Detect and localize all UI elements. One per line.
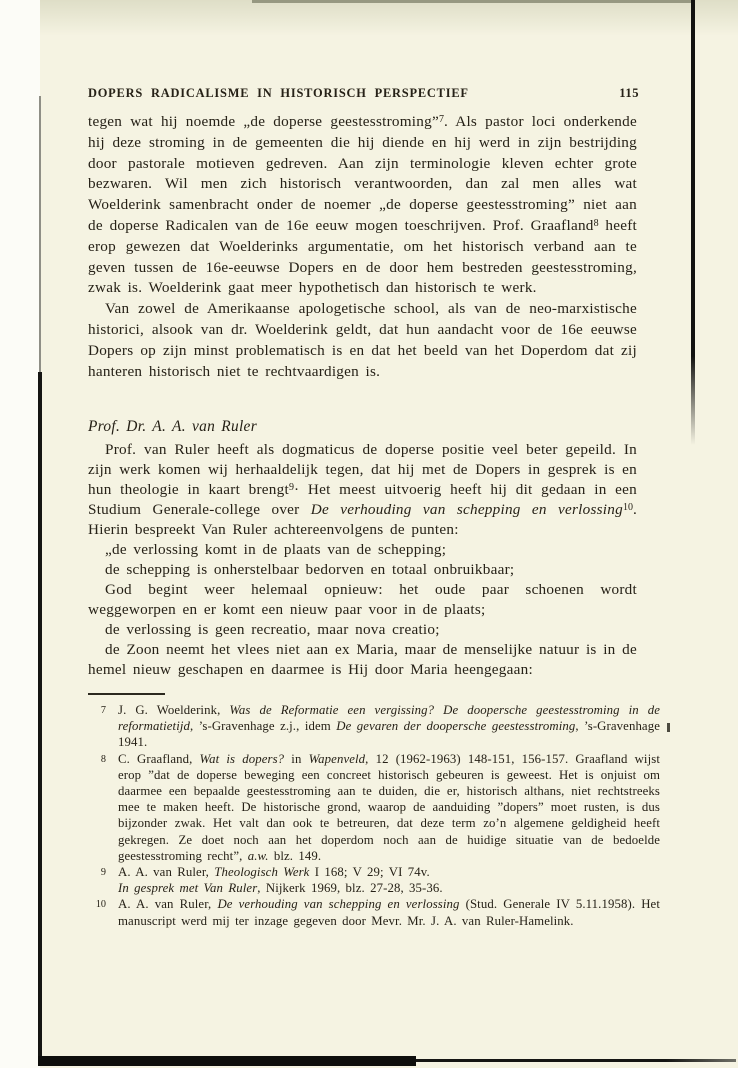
- footnote-number: 7: [88, 702, 106, 751]
- footnote-number: 10: [88, 896, 106, 928]
- scan-artifact-left-line-faint: [39, 96, 41, 376]
- footnote-item: 9A. A. van Ruler, Theologisch Werk I 168…: [88, 864, 660, 896]
- footnote-number: 8: [88, 751, 106, 864]
- scan-artifact-top-edge: [252, 0, 692, 3]
- footnote-separator-rule: [88, 693, 165, 695]
- paragraph: In gesprek met Van Ruler, Nijkerk 1969, …: [118, 880, 660, 896]
- section-heading: Prof. Dr. A. A. van Ruler: [88, 418, 257, 436]
- footnote-number: 9: [88, 864, 106, 896]
- paragraph: A. A. van Ruler, De verhouding van schep…: [118, 896, 660, 928]
- footnote-text: A. A. van Ruler, De verhouding van schep…: [118, 896, 660, 928]
- footnotes: 7J. G. Woelderink, Was de Reformatie een…: [88, 702, 660, 929]
- scanned-book-page: DOPERS RADICALISME IN HISTORISCH PERSPEC…: [0, 0, 738, 1068]
- paragraph: de schepping is onherstelbaar bedorven e…: [88, 560, 637, 580]
- paragraph: C. Graafland, Wat is dopers? in Wapenvel…: [118, 751, 660, 864]
- paragraph: tegen wat hij noemde „de doperse geestes…: [88, 112, 637, 299]
- footnote-item: 8C. Graafland, Wat is dopers? in Wapenve…: [88, 751, 660, 864]
- body-block-2: Prof. van Ruler heeft als dogmaticus de …: [88, 440, 637, 680]
- paragraph: God begint weer helemaal opnieuw: het ou…: [88, 580, 637, 620]
- paragraph: Prof. van Ruler heeft als dogmaticus de …: [88, 440, 637, 540]
- paragraph: „de verlossing komt in de plaats van de …: [88, 540, 637, 560]
- scan-artifact-right-line: [691, 0, 695, 445]
- paragraph: Van zowel de Amerikaanse apologetische s…: [88, 299, 637, 382]
- footnote-text: A. A. van Ruler, Theologisch Werk I 168;…: [118, 864, 660, 896]
- footnote-item: 7J. G. Woelderink, Was de Reformatie een…: [88, 702, 660, 751]
- footnote-text: C. Graafland, Wat is dopers? in Wapenvel…: [118, 751, 660, 864]
- scan-artifact-left-line: [38, 372, 42, 1060]
- scan-artifact-mark: [667, 723, 670, 732]
- running-title: DOPERS RADICALISME IN HISTORISCH PERSPEC…: [88, 86, 469, 101]
- scan-artifact-bottom-bar: [38, 1056, 416, 1066]
- footnote-text: J. G. Woelderink, Was de Reformatie een …: [118, 702, 660, 751]
- paragraph: J. G. Woelderink, Was de Reformatie een …: [118, 702, 660, 751]
- scan-artifact-bottom-line: [416, 1059, 736, 1062]
- footnote-item: 10A. A. van Ruler, De verhouding van sch…: [88, 896, 660, 928]
- body-block-1: tegen wat hij noemde „de doperse geestes…: [88, 112, 637, 382]
- scan-artifact-top-band: [40, 0, 738, 36]
- page-number: 115: [619, 86, 639, 101]
- paragraph: A. A. van Ruler, Theologisch Werk I 168;…: [118, 864, 660, 880]
- paragraph: de Zoon neemt het vlees niet aan ex Mari…: [88, 640, 637, 680]
- page-header: DOPERS RADICALISME IN HISTORISCH PERSPEC…: [88, 86, 639, 101]
- paragraph: de verlossing is geen recreatio, maar no…: [88, 620, 637, 640]
